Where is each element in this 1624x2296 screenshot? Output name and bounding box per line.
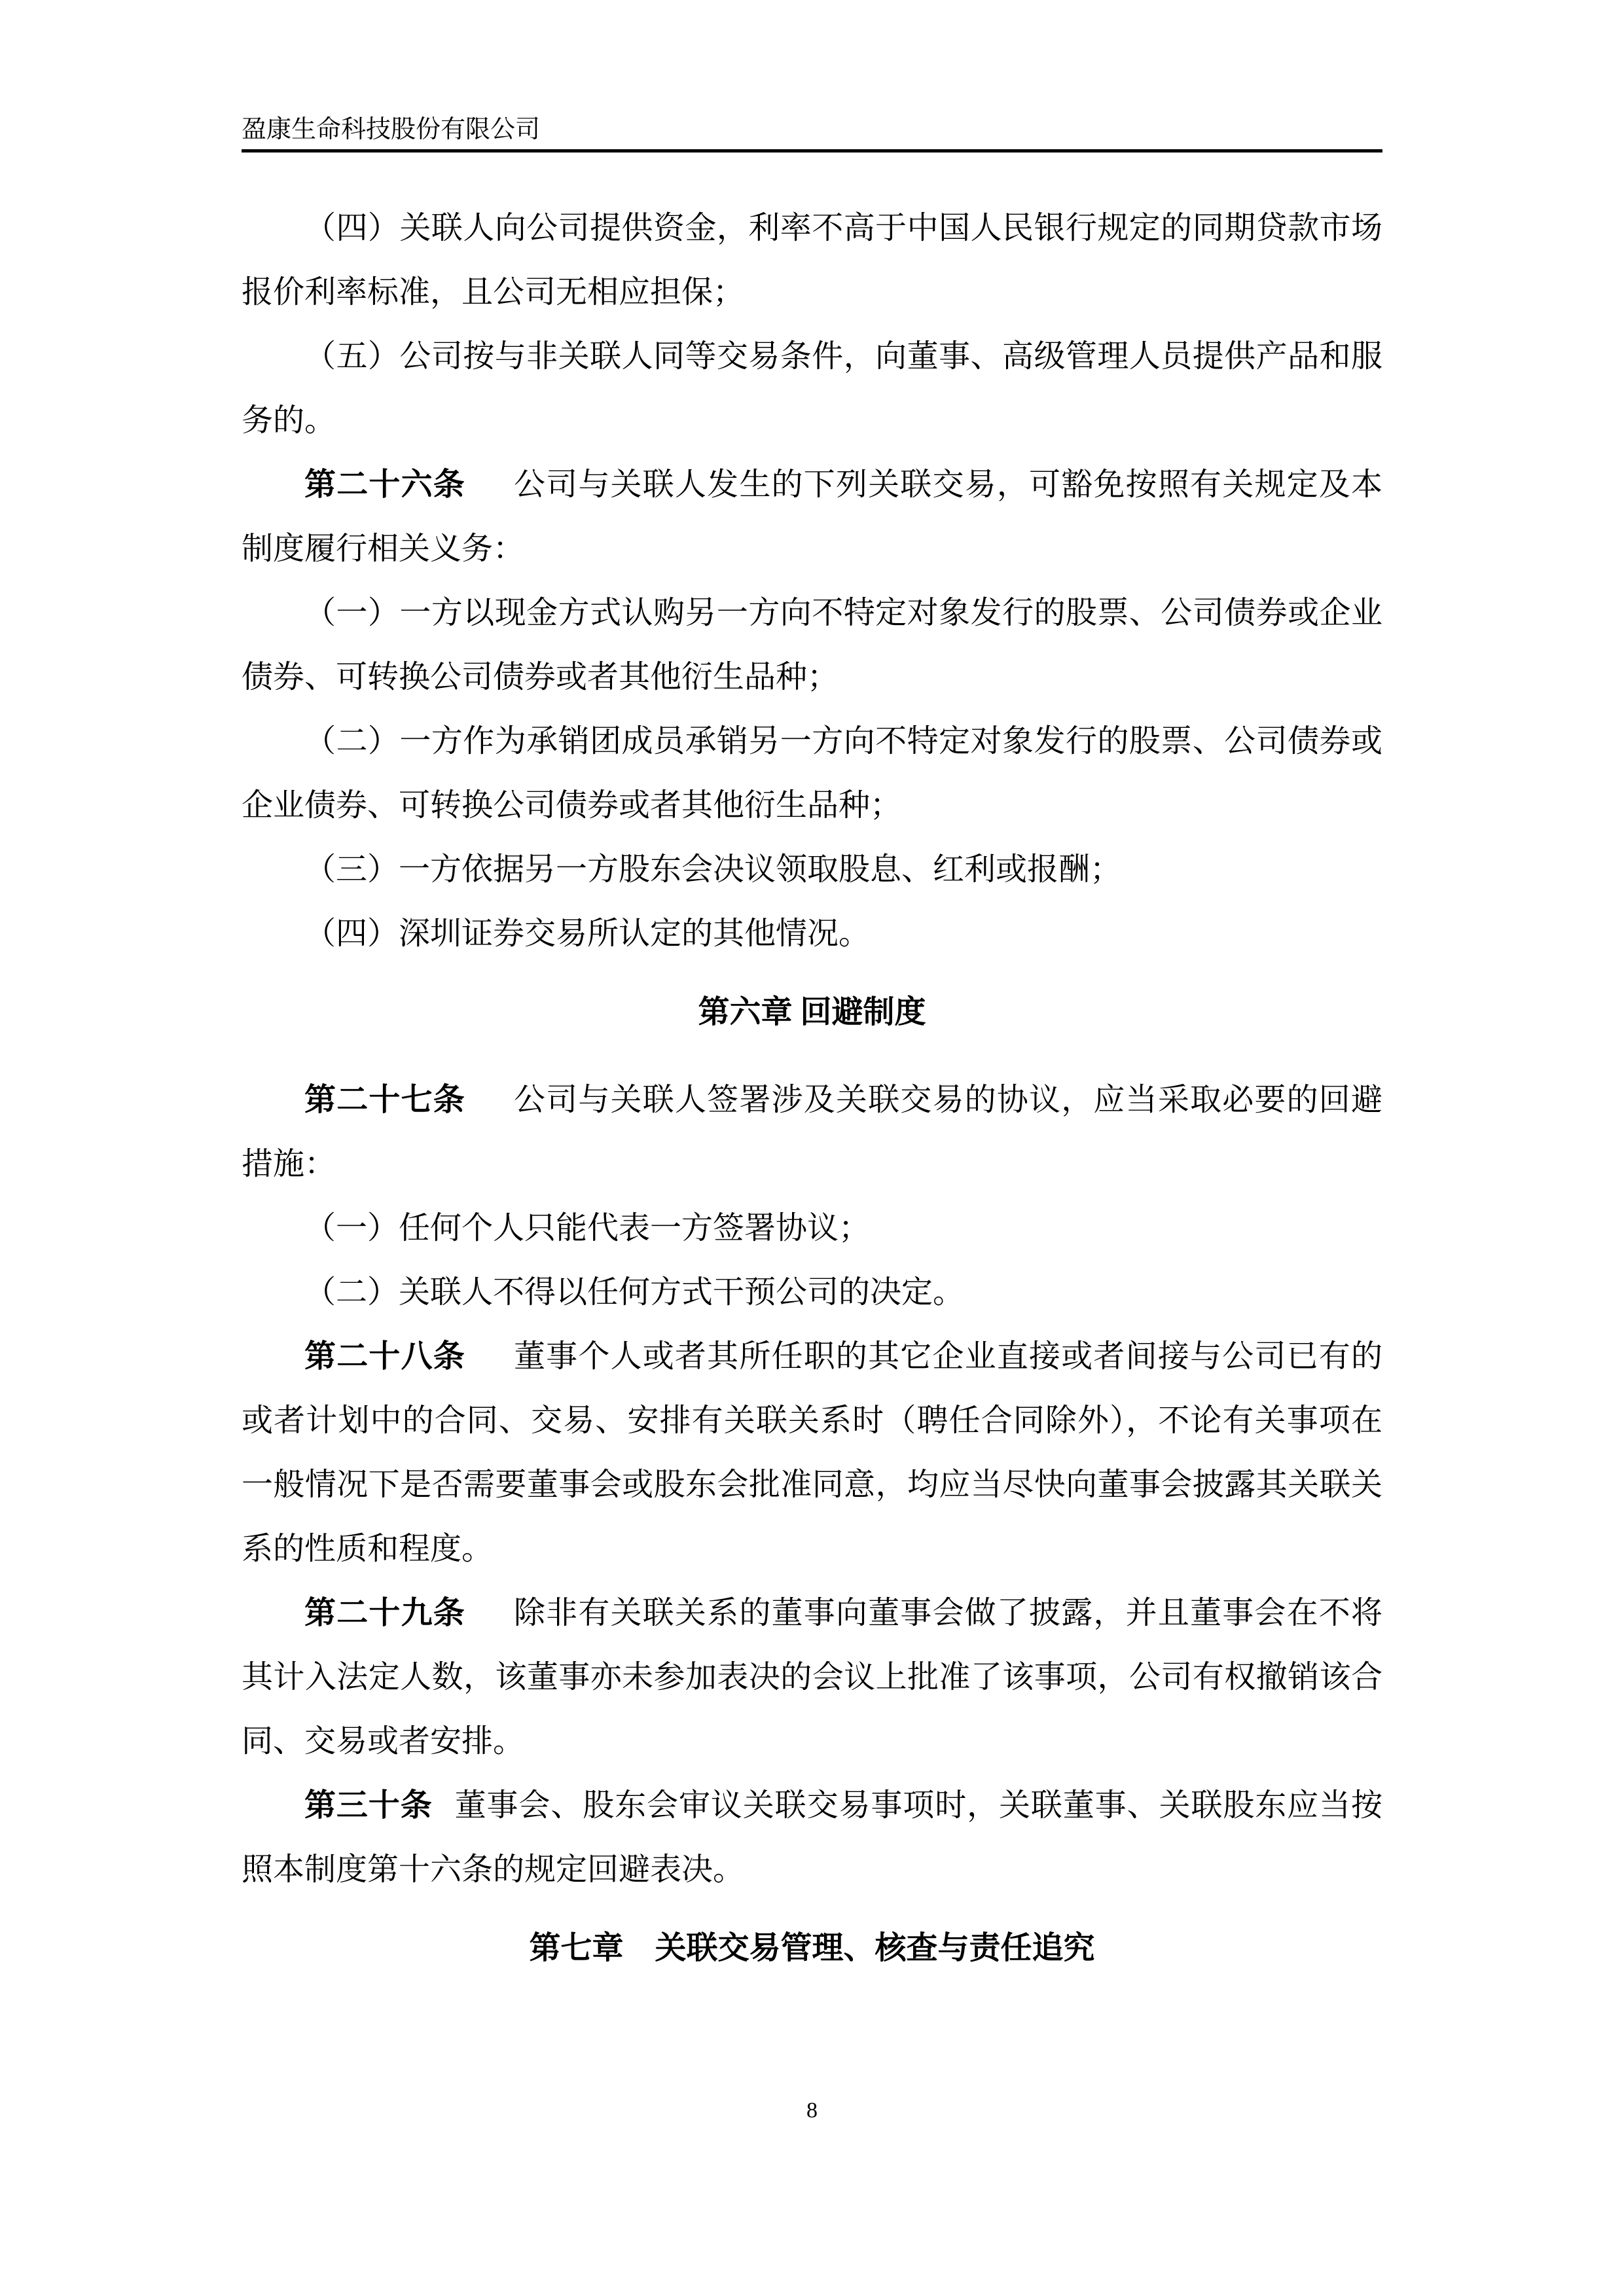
paragraph-text: （二）一方作为承销团成员承销另一方向不特定对象发行的股票、公司债券或企业债券、可… bbox=[242, 724, 1382, 823]
page-number-value: 8 bbox=[806, 2098, 818, 2123]
document-page: 盈康生命科技股份有限公司 （四）关联人向公司提供资金，利率不高于中国人民银行规定… bbox=[0, 0, 1624, 2296]
paragraph: 第二十九条除非有关联关系的董事向董事会做了披露，并且董事会在不将其计入法定人数，… bbox=[242, 1581, 1382, 1774]
paragraph: （一）任何个人只能代表一方签署协议； bbox=[242, 1196, 1382, 1261]
chapter-heading: 第六章 回避制度 bbox=[242, 980, 1382, 1045]
paragraph-text: （四）深圳证券交易所认定的其他情况。 bbox=[304, 916, 870, 951]
paragraph-text: （一）任何个人只能代表一方签署协议； bbox=[304, 1211, 870, 1246]
company-name: 盈康生命科技股份有限公司 bbox=[242, 116, 540, 143]
paragraph: （一）一方以现金方式认购另一方向不特定对象发行的股票、公司债券或企业债券、可转换… bbox=[242, 581, 1382, 709]
paragraph-text: （二）关联人不得以任何方式干预公司的决定。 bbox=[304, 1275, 964, 1310]
page-number: 8 bbox=[0, 2098, 1624, 2124]
paragraph: 第二十六条公司与关联人发生的下列关联交易，可豁免按照有关规定及本制度履行相关义务… bbox=[242, 453, 1382, 581]
paragraph: （四）关联人向公司提供资金，利率不高于中国人民银行规定的同期贷款市场报价利率标准… bbox=[242, 196, 1382, 325]
paragraph: 第二十七条公司与关联人签署涉及关联交易的协议，应当采取必要的回避措施： bbox=[242, 1068, 1382, 1196]
article-number-label: 第二十六条 bbox=[304, 467, 465, 502]
paragraph-text: （四）关联人向公司提供资金，利率不高于中国人民银行规定的同期贷款市场报价利率标准… bbox=[242, 211, 1382, 310]
article-number-label: 第二十七条 bbox=[304, 1083, 465, 1117]
paragraph: （四）深圳证券交易所认定的其他情况。 bbox=[242, 902, 1382, 966]
document-body: （四）关联人向公司提供资金，利率不高于中国人民银行规定的同期贷款市场报价利率标准… bbox=[242, 152, 1382, 1981]
paragraph-text: （三）一方依据另一方股东会决议领取股息、红利或报酬； bbox=[304, 852, 1121, 887]
chapter-heading-text: 第七章 关联交易管理、核查与责任追究 bbox=[529, 1931, 1094, 1965]
paragraph: （二）一方作为承销团成员承销另一方向不特定对象发行的股票、公司债券或企业债券、可… bbox=[242, 709, 1382, 838]
paragraph-text: （五）公司按与非关联人同等交易条件，向董事、高级管理人员提供产品和服务的。 bbox=[242, 339, 1382, 438]
paragraph-text: （一）一方以现金方式认购另一方向不特定对象发行的股票、公司债券或企业债券、可转换… bbox=[242, 596, 1382, 694]
article-number-label: 第二十九条 bbox=[304, 1596, 465, 1630]
article-number-label: 第二十八条 bbox=[304, 1339, 465, 1374]
paragraph: （二）关联人不得以任何方式干预公司的决定。 bbox=[242, 1261, 1382, 1325]
chapter-heading-text: 第六章 回避制度 bbox=[698, 995, 926, 1030]
article-number-label: 第三十条 bbox=[304, 1788, 433, 1823]
chapter-heading: 第七章 关联交易管理、核查与责任追究 bbox=[242, 1916, 1382, 1981]
paragraph: 第二十八条董事个人或者其所任职的其它企业直接或者间接与公司已有的或者计划中的合同… bbox=[242, 1325, 1382, 1581]
paragraph: 第三十条董事会、股东会审议关联交易事项时，关联董事、关联股东应当按照本制度第十六… bbox=[242, 1774, 1382, 1902]
page-header: 盈康生命科技股份有限公司 bbox=[242, 0, 1382, 152]
paragraph: （五）公司按与非关联人同等交易条件，向董事、高级管理人员提供产品和服务的。 bbox=[242, 325, 1382, 453]
paragraph: （三）一方依据另一方股东会决议领取股息、红利或报酬； bbox=[242, 838, 1382, 902]
